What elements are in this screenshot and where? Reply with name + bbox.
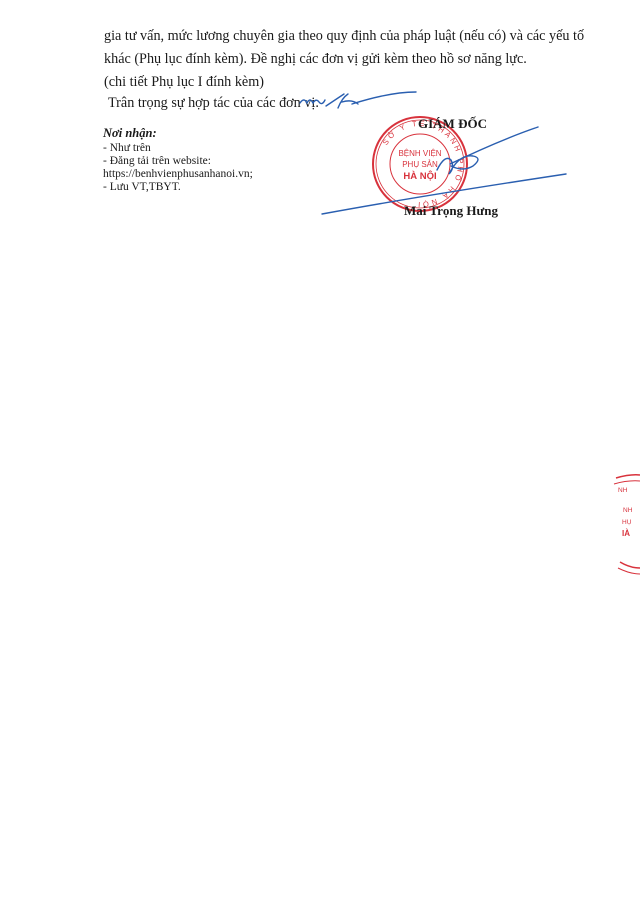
signature-strokes	[0, 0, 640, 260]
partial-stamp-edge: NH NH HỤ IÀ	[596, 470, 640, 580]
svg-text:IÀ: IÀ	[622, 529, 630, 538]
svg-text:HỤ: HỤ	[622, 519, 632, 526]
svg-text:NH: NH	[623, 507, 633, 514]
svg-text:NH: NH	[618, 487, 628, 494]
